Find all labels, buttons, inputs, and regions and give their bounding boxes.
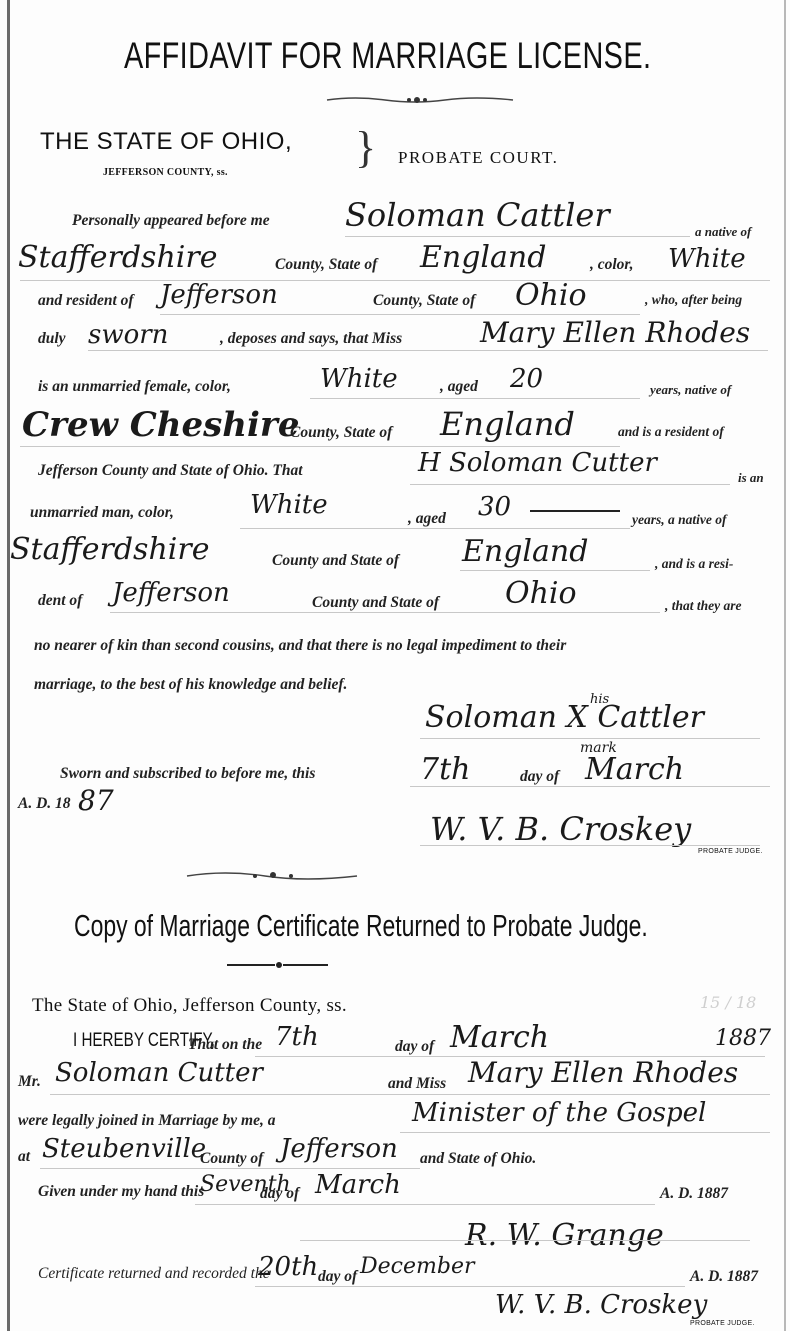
fill-line [20,446,620,447]
judge-title: PROBATE JUDGE. [690,1320,755,1327]
signature-line [300,1240,750,1241]
handwritten-bride-name: Mary Ellen Rhodes [480,316,750,349]
printed-text: day of [318,1268,357,1286]
handwritten-color: White [250,490,328,520]
affiant-signature: Soloman X Cattler [425,700,704,735]
printed-text: years, native of [650,382,731,398]
returned-day: 20th [258,1252,318,1282]
handwritten-state: England [440,405,575,443]
fill-line [255,1286,685,1287]
printed-text: Mr. [18,1073,41,1091]
printed-text: day of [520,768,559,786]
printed-text: , that they are [665,598,742,614]
printed-text: , who, after being [645,292,742,308]
handwritten-county: Jefferson [160,280,278,310]
printed-text: County, State of [275,256,377,274]
printed-text: and resident of [38,292,134,310]
handwritten-age: 20 [510,364,543,394]
handwritten-county: Stafferdshire [18,240,217,275]
handwritten-state: England [420,240,546,275]
handwritten-color: White [320,364,398,394]
printed-text: and Miss [388,1075,446,1093]
printed-text: is an [738,470,764,486]
officiant-role: Minister of the Gospel [412,1098,706,1128]
printed-text: is an unmarried female, color, [38,378,231,396]
printed-text: and is a resident of [618,424,724,440]
fill-line [160,314,640,315]
fill-line [410,484,730,485]
printed-text: were legally joined in Marriage by me, a [18,1112,275,1130]
printed-text: , aged [408,510,446,528]
printed-text: a native of [695,224,751,240]
handwritten-county: Crew Cheshire [22,405,299,445]
brace-symbol: } [355,122,376,173]
fill-line [400,1132,770,1133]
fill-line [40,1168,420,1169]
marriage-affidavit-page: AFFIDAVIT FOR MARRIAGE LICENSE. THE STAT… [0,0,790,1331]
printed-text: duly [38,330,66,348]
fill-line [460,570,650,571]
signature-line [420,845,760,846]
fill-line [195,1204,655,1205]
printed-text: County, State of [373,292,475,310]
document-title: AFFIDAVIT FOR MARRIAGE LICENSE. [124,35,651,77]
certificate-year: 1887 [715,1026,771,1051]
printed-text: unmarried man, color, [30,504,174,522]
printed-text: and State of Ohio. [420,1150,536,1168]
printed-text: at [18,1148,30,1166]
returned-month: December [360,1254,474,1279]
printed-text: Given under my hand this [38,1183,204,1201]
printed-text: A. D. 1887 [660,1185,728,1203]
handwritten-state: Ohio [505,576,577,611]
printed-text: County and State of [272,552,399,570]
printed-text: A. D. 18 [18,795,71,813]
printed-text: marriage, to the best of his knowledge a… [34,676,347,694]
printed-text: That on the [188,1036,262,1054]
state-heading: THE STATE OF OHIO, [40,128,292,156]
printed-text: Certificate returned and recorded the [38,1265,270,1283]
sworn-day: 7th [420,752,470,787]
dash-mark [530,510,620,512]
fill-line [345,236,690,237]
handwritten-state: England [462,534,588,569]
certificate-state-line: The State of Ohio, Jefferson County, ss. [32,995,347,1017]
fill-line [88,350,768,351]
printed-text: Personally appeared before me [72,212,270,230]
fill-line [410,786,770,787]
printed-text: County and State of [312,594,439,612]
page-border-right [784,0,786,1331]
ornament-divider [325,92,515,108]
certificate-day: 7th [275,1022,319,1052]
returned-judge-signature: W. V. B. Croskey [495,1290,707,1320]
certificate-groom: Soloman Cutter [55,1058,263,1088]
officiant-signature: R. W. Grange [465,1218,664,1253]
handwritten-color: White [668,244,746,274]
fill-line [50,1094,770,1095]
printed-text: years, a native of [632,512,726,528]
page-border-left [7,0,10,1331]
given-month: March [315,1170,401,1200]
certificate-month: March [450,1020,549,1055]
printed-text: Jefferson County and State of Ohio. That [38,462,303,480]
printed-text: day of [260,1185,299,1203]
handwritten-county: Stafferdshire [10,532,209,567]
printed-text: , deposes and says, that Miss [220,330,402,348]
printed-text: County of [200,1150,263,1168]
printed-text: dent of [38,592,82,610]
printed-text: , color, [590,256,634,274]
handwritten-name: Soloman Cattler [345,196,610,234]
fill-line [20,280,770,281]
signature-line [420,738,760,739]
fill-line [110,612,660,613]
certificate-county: Jefferson [280,1134,398,1164]
printed-text: A. D. 1887 [690,1268,758,1286]
printed-text: County, State of [290,424,392,442]
printed-text: no nearer of kin than second cousins, an… [34,637,566,655]
printed-text: Sworn and subscribed to before me, this [60,765,315,783]
sworn-month: March [585,752,684,787]
certificate-bride: Mary Ellen Rhodes [468,1056,738,1089]
ornament-divider [185,868,360,884]
sworn-year: 87 [78,784,114,817]
fill-line [240,528,630,529]
judge-signature: W. V. B. Croskey [430,810,691,848]
printed-text: day of [395,1038,434,1056]
printed-text: , and is a resi- [655,556,733,572]
handwritten-age: 30 [478,492,511,522]
handwritten-state: Ohio [515,278,587,313]
handwritten-groom-name: H Soloman Cutter [418,448,657,478]
certificate-place: Steubenville [42,1134,206,1164]
certificate-heading: Copy of Marriage Certificate Returned to… [74,908,648,944]
handwritten-sworn: sworn [88,320,168,350]
margin-note: 15 / 18 [700,993,756,1012]
judge-title: PROBATE JUDGE. [698,848,763,855]
handwritten-county: Jefferson [112,578,230,608]
fill-line [310,398,640,399]
county-heading: JEFFERSON COUNTY, ss. [103,167,228,178]
printed-text: , aged [440,378,478,396]
ornament-divider [225,960,330,970]
court-heading: PROBATE COURT. [398,148,558,168]
